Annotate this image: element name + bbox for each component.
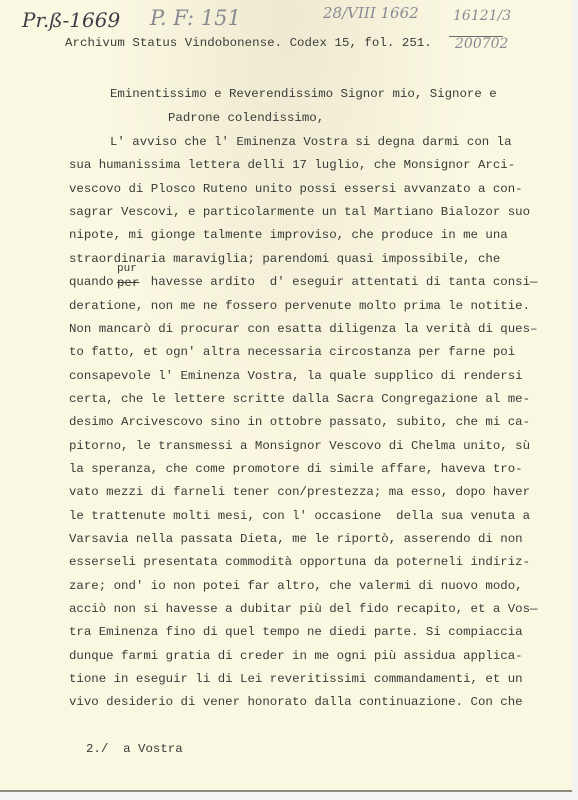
body-line: deratione, non me ne fossero pervenute m… [69, 299, 530, 313]
body-line: acciò non si havesse a dubitar più del f… [69, 602, 537, 616]
body-line: le trattenute molti mesi, con l' occasio… [69, 509, 530, 523]
handwritten-date-note: 28/VIII 1662 [323, 4, 419, 22]
body-line: dunque farmi gratia di creder in me ogni… [69, 649, 523, 663]
body-line: sagrar Vescovi, e particolarmente un tal… [69, 205, 530, 219]
body-line: Varsavia nella passata Dieta, me le ripo… [69, 532, 523, 546]
scan-edge-bottom [0, 792, 578, 800]
body-line: tra Eminenza fino di quel tempo ne diedi… [69, 625, 523, 639]
body-line: vivo desiderio di vener honorato dalla c… [69, 695, 523, 709]
body-line: pitorno, le transmessi a Monsignor Vesco… [69, 439, 530, 453]
body-line: zare; ond' io non potei far altro, che v… [69, 579, 523, 593]
body-line: nipote, mi gionge talmente improviso, ch… [69, 228, 508, 242]
handwritten-fraction-bottom: 200702 [455, 36, 508, 52]
salutation-line-1: Eminentissimo e Reverendissimo Signor mi… [110, 87, 497, 101]
body-line: sua humanissima lettera delli 17 luglio,… [69, 158, 515, 172]
handwritten-reference: Pr.ß-1669 [22, 8, 120, 32]
handwritten-fraction-top: 16121/3 [453, 8, 511, 24]
scan-edge-right [572, 0, 578, 800]
body-line: esserseli presentata commodità opportuna… [69, 555, 530, 569]
body-line: consapevole l' Eminenza Vostra, la quale… [69, 369, 523, 383]
body-line: certa, che le lettere scritte dalla Sacr… [69, 392, 530, 406]
body-line: vato mezzi di farneli tener con/prestezz… [69, 485, 530, 499]
document-page: Pr.ß-1669 P. F: 151 28/VIII 1662 16121/3… [0, 0, 572, 792]
archive-source-header: Archivum Status Vindobonense. Codex 15, … [65, 36, 432, 50]
handwritten-pf-note: P. F: 151 [150, 6, 241, 30]
struck-word: per [117, 276, 139, 290]
body-line: Non mancarò di procurar con esatta dilig… [69, 322, 537, 336]
body-line: L' avviso che l' Eminenza Vostra si degn… [110, 135, 512, 149]
catchword: 2./ a Vostra [86, 742, 183, 756]
body-line: vescovo di Plosco Ruteno unito possi ess… [69, 182, 523, 196]
body-line: tione in eseguir li di Lei reveritissimi… [69, 672, 523, 686]
body-line: la speranza, che come promotore di simil… [69, 462, 523, 476]
handwritten-insertion: pur [117, 263, 137, 275]
salutation-line-2: Padrone colendissimo, [168, 111, 324, 125]
body-line: desimo Arcivescovo sino in ottobre passa… [69, 415, 530, 429]
body-line: to fatto, et ogn' altra necessaria circo… [69, 345, 515, 359]
